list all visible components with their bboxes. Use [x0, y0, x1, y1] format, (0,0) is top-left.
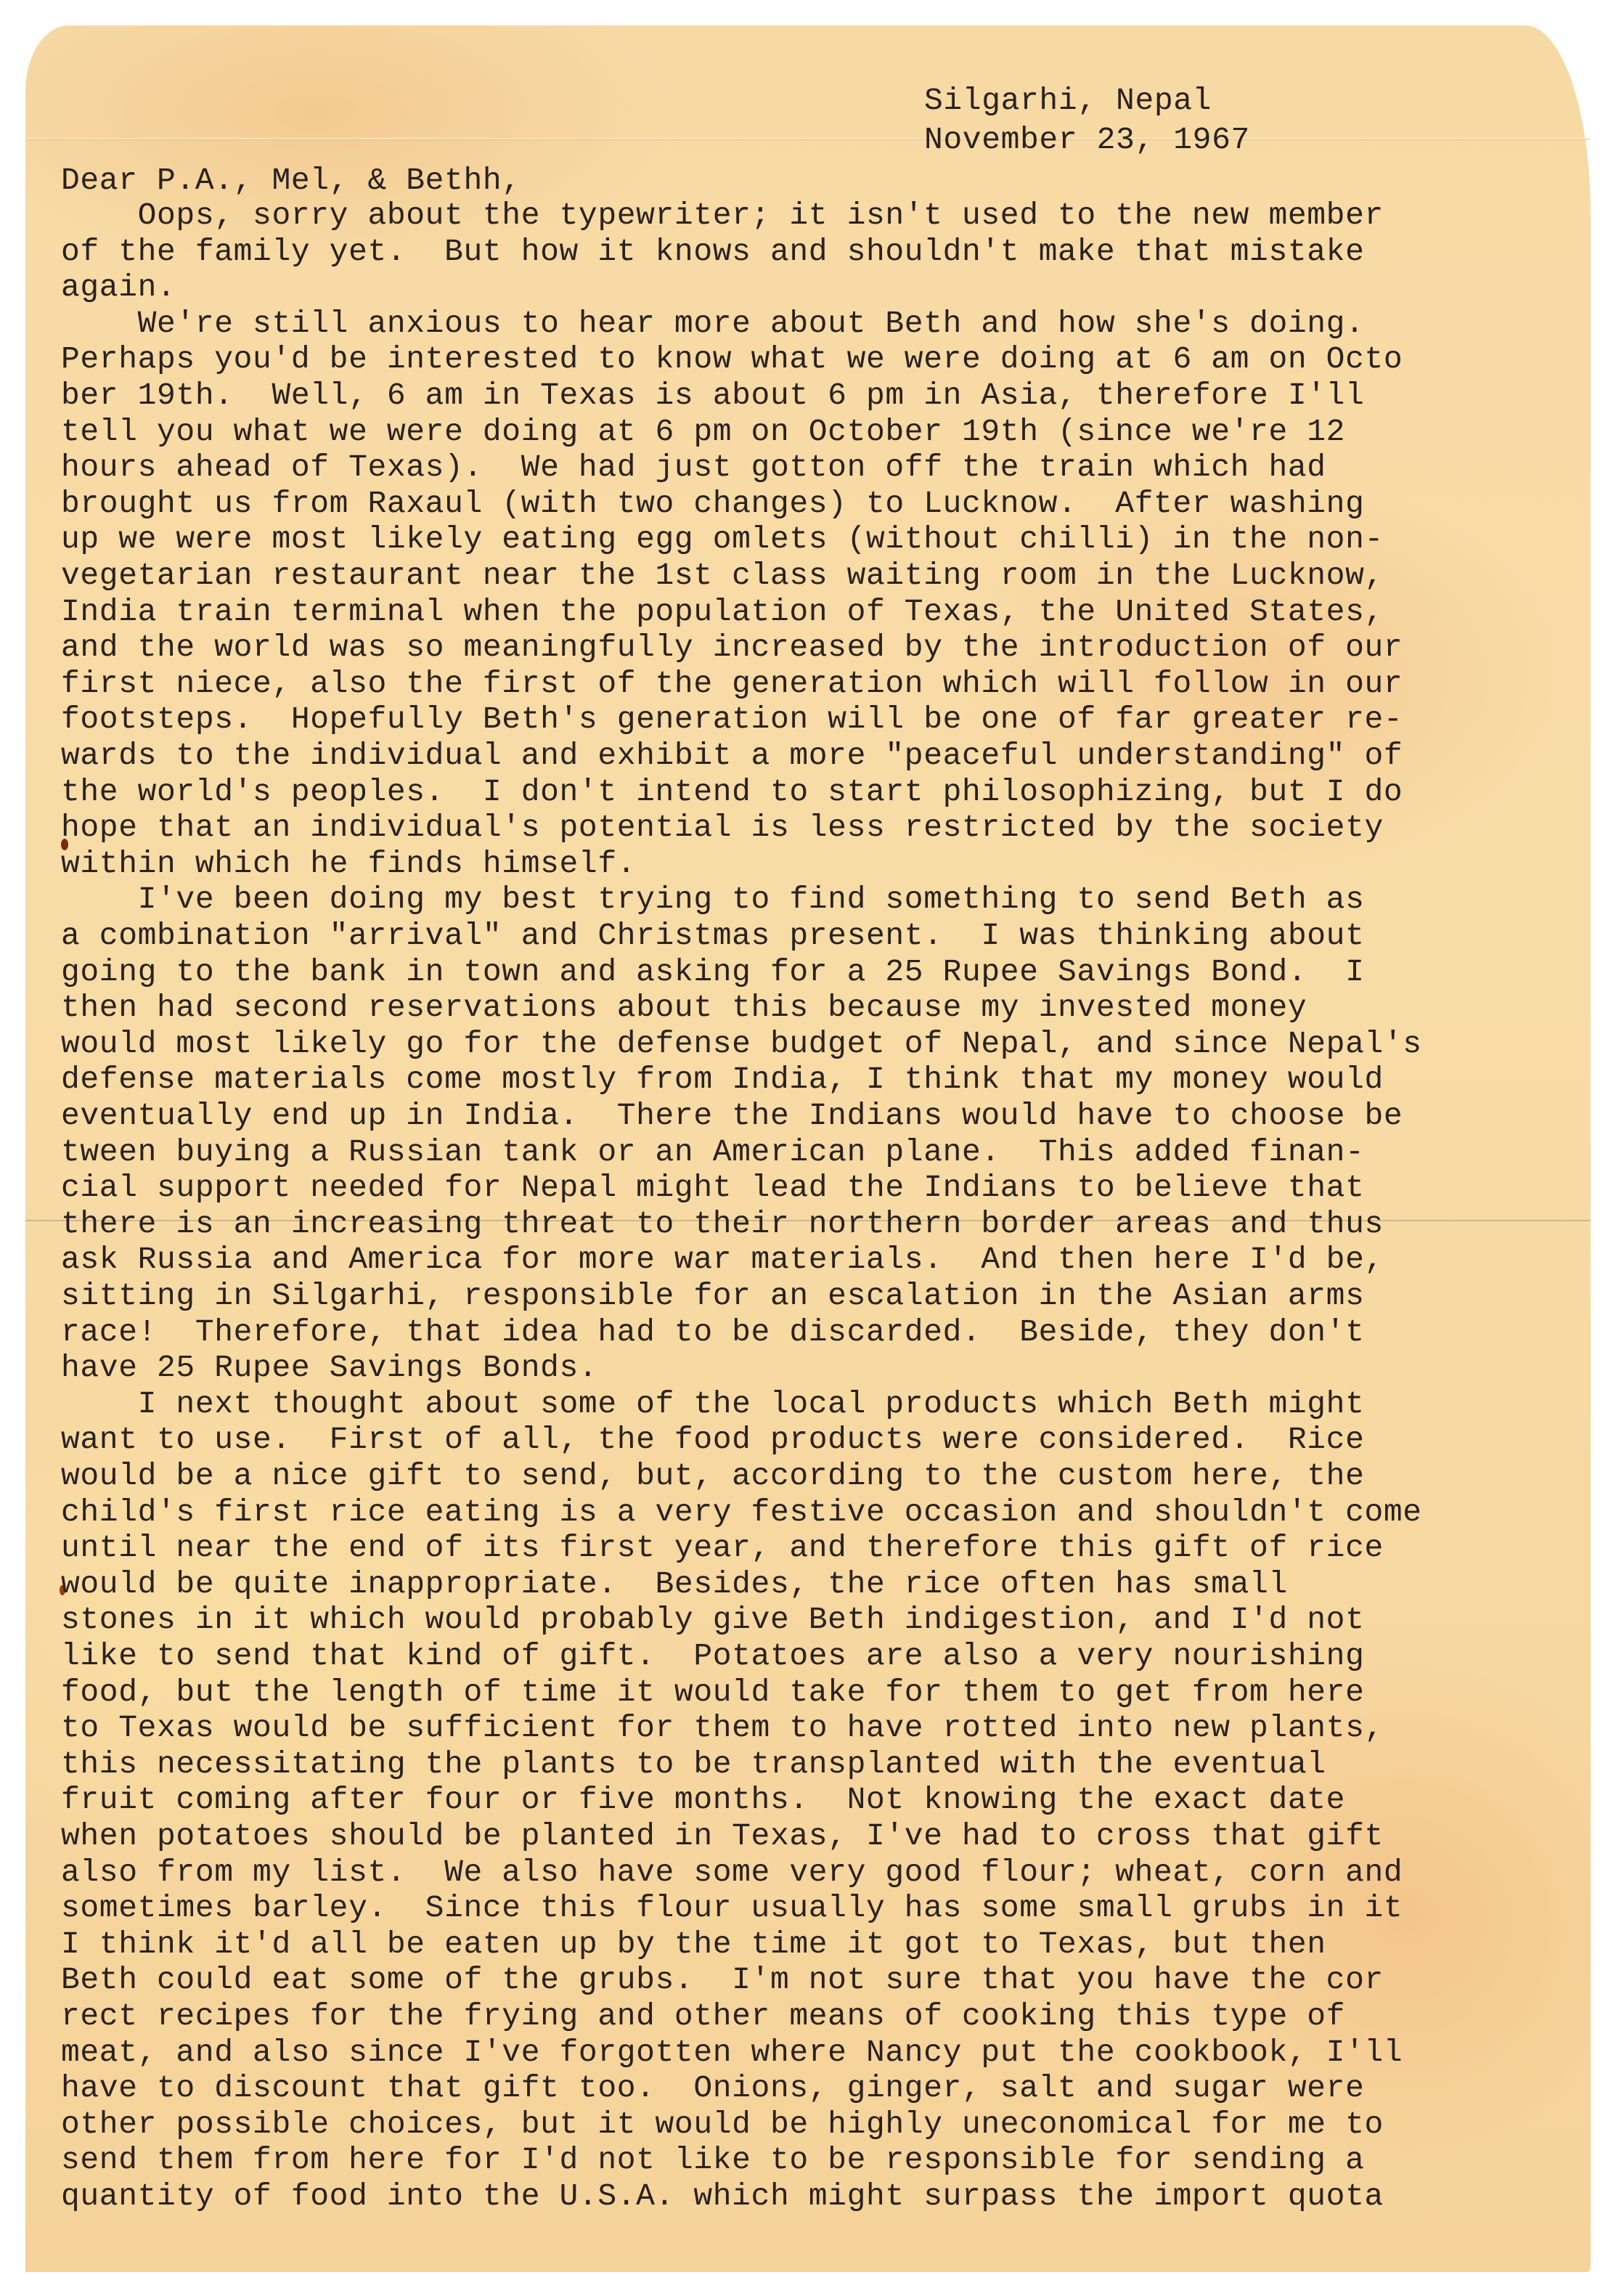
letter-line: food, but the length of time it would ta… — [61, 1674, 1365, 1711]
letter-line: hope that an individual's potential is l… — [61, 810, 1384, 846]
letter-line: sitting in Silgarhi, responsible for an … — [61, 1278, 1365, 1314]
letter-line: vegetarian restaurant near the 1st class… — [61, 558, 1384, 594]
letter-line: then had second reservations about this … — [61, 990, 1307, 1026]
letter-line: other possible choices, but it would be … — [61, 2106, 1384, 2143]
letter-line: tween buying a Russian tank or an Americ… — [61, 1134, 1365, 1171]
letter-line: child's first rice eating is a very fest… — [61, 1494, 1422, 1531]
letter-line: I think it'd all be eaten up by the time… — [61, 1926, 1326, 1963]
letter-location: Silgarhi, Nepal — [924, 83, 1212, 119]
letter-line: rect recipes for the frying and other me… — [61, 1998, 1345, 2035]
letter-date: November 23, 1967 — [924, 122, 1250, 158]
letter-line: sometimes barley. Since this flour usual… — [61, 1890, 1403, 1926]
letter-line: when potatoes should be planted in Texas… — [61, 1818, 1384, 1855]
letter-line: quantity of food into the U.S.A. which m… — [61, 2178, 1384, 2215]
letter-body: Silgarhi, Nepal November 23, 1967 Dear P… — [0, 0, 38, 249]
letter-line: the world's peoples. I don't intend to s… — [61, 774, 1403, 810]
paper-fold-crease — [25, 138, 1591, 140]
letter-line: Beth could eat some of the grubs. I'm no… — [61, 1962, 1384, 1998]
letter-line: hours ahead of Texas). We had just gotto… — [61, 449, 1326, 486]
letter-line: brought us from Raxaul (with two changes… — [61, 486, 1365, 522]
letter-line: like to send that kind of gift. Potatoes… — [61, 1638, 1365, 1674]
letter-line: going to the bank in town and asking for… — [61, 954, 1365, 990]
letter-line: first niece, also the first of the gener… — [61, 666, 1403, 702]
letter-line: would most likely go for the defense bud… — [61, 1026, 1422, 1062]
letter-line: Perhaps you'd be interested to know what… — [61, 341, 1403, 378]
letter-line: fruit coming after four or five months. … — [61, 1782, 1345, 1818]
letter-line: ber 19th. Well, 6 am in Texas is about 6… — [61, 378, 1365, 414]
letter-line: would be a nice gift to send, but, accor… — [61, 1458, 1365, 1494]
letter-line: meat, and also since I've forgotten wher… — [61, 2035, 1403, 2071]
letter-line: have to discount that gift too. Onions, … — [61, 2070, 1365, 2106]
letter-line: of the family yet. But how it knows and … — [61, 234, 1365, 270]
letter-line: I've been doing my best trying to find s… — [61, 882, 1365, 918]
letter-line: cial support needed for Nepal might lead… — [61, 1170, 1365, 1206]
letter-line: Oops, sorry about the typewriter; it isn… — [61, 198, 1384, 234]
letter-line: I next thought about some of the local p… — [61, 1386, 1365, 1422]
letter-line: India train terminal when the population… — [61, 594, 1384, 630]
letter-line: eventually end up in India. There the In… — [61, 1098, 1403, 1134]
letter-line: footsteps. Hopefully Beth's generation w… — [61, 701, 1403, 738]
letter-line: within which he finds himself. — [61, 846, 636, 882]
letter-line: and the world was so meaningfully increa… — [61, 630, 1403, 666]
letter-line: again. — [61, 269, 176, 306]
letter-line: We're still anxious to hear more about B… — [61, 306, 1365, 342]
letter-line: this necessitating the plants to be tran… — [61, 1746, 1326, 1783]
letter-line: have 25 Rupee Savings Bonds. — [61, 1350, 597, 1386]
letter-line: race! Therefore, that idea had to be dis… — [61, 1314, 1365, 1351]
letter-line: ask Russia and America for more war mate… — [61, 1242, 1384, 1278]
letter-line: until near the end of its first year, an… — [61, 1530, 1384, 1566]
letter-line: to Texas would be sufficient for them to… — [61, 1710, 1384, 1746]
letter-line: also from my list. We also have some ver… — [61, 1855, 1403, 1891]
letter-line: a combination "arrival" and Christmas pr… — [61, 918, 1365, 954]
letter-line: wards to the individual and exhibit a mo… — [61, 738, 1403, 774]
letter-line: tell you what we were doing at 6 pm on O… — [61, 414, 1345, 450]
letter-line: stones in it which would probably give B… — [61, 1602, 1365, 1638]
letter-line: up we were most likely eating egg omlets… — [61, 521, 1384, 558]
salutation: Dear P.A., Mel, & Bethh, — [61, 163, 521, 199]
letter-line: would be quite inappropriate. Besides, t… — [61, 1566, 1288, 1603]
letter-line: defense materials come mostly from India… — [61, 1062, 1384, 1098]
letter-line: send them from here for I'd not like to … — [61, 2142, 1365, 2178]
letter-line: want to use. First of all, the food prod… — [61, 1422, 1365, 1458]
letter-line: there is an increasing threat to their n… — [61, 1206, 1384, 1242]
